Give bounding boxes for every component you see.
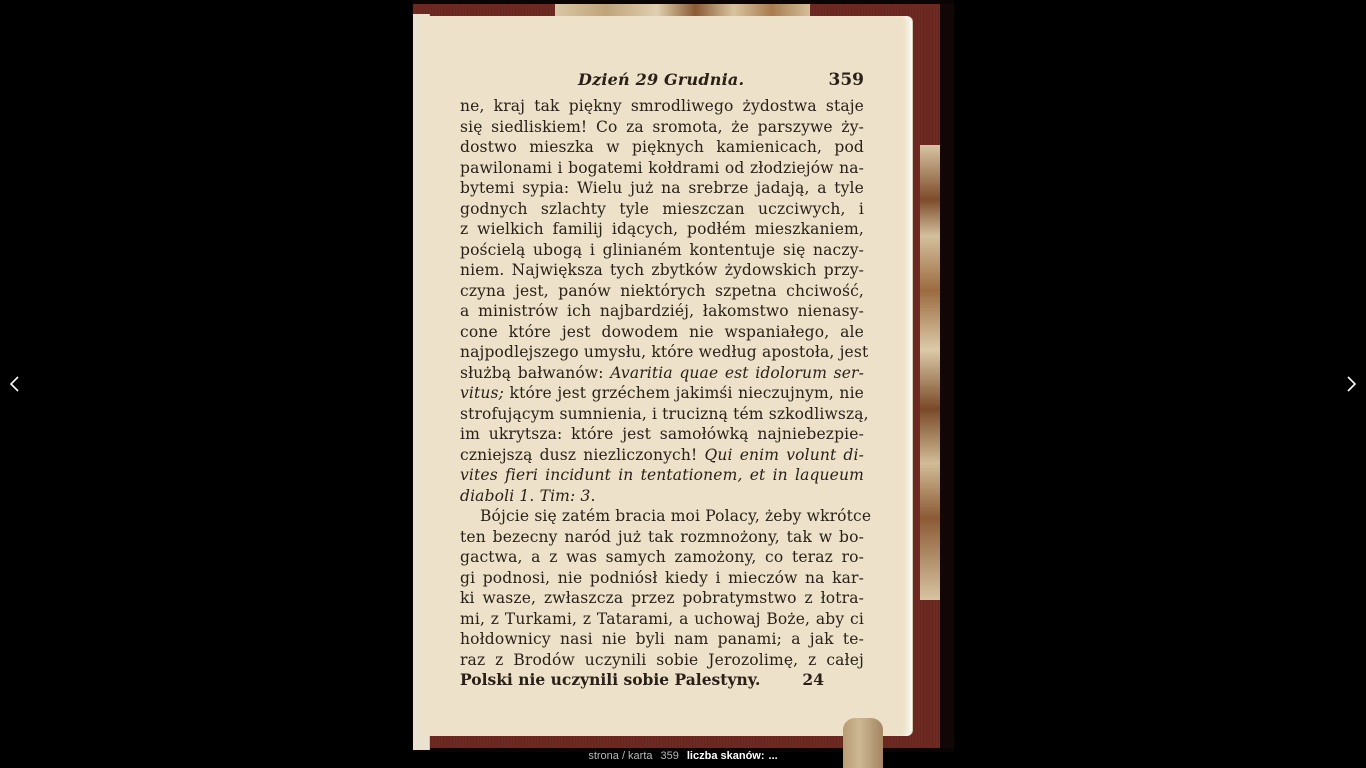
page-label: strona / karta [588, 750, 652, 762]
text-line: ten bezecny naród już tak rozmnożony, ta… [460, 527, 864, 548]
text-line: bytemi sypia: Wielu już na srebrze jadaj… [460, 178, 864, 199]
text-line: cone które jest dowodem nie wspaniałego,… [460, 322, 864, 343]
text-line: czniejszą dusz niezliczonych! Qui enim v… [460, 445, 864, 466]
text-line: Bójcie się zatém bracia moi Polacy, żeby… [460, 506, 864, 527]
text-line: niem. Największa tych zbytków żydowskich… [460, 260, 864, 281]
running-head: Dzień 29 Grudnia. 359 [460, 70, 864, 94]
text-line: hołdownicy nasi nie byli nam panami; a j… [460, 629, 864, 650]
text-line: pościelą ubogą i glinianém kontentuje si… [460, 240, 864, 261]
signature-mark: 24 [802, 670, 824, 691]
text-line: dostwo mieszka w pięknych kamienicach, p… [460, 137, 864, 158]
scan-viewer: Dzień 29 Grudnia. 359 ne, kraj tak piękn… [0, 0, 1366, 768]
cover-shadow [940, 4, 954, 748]
text-line: im ukrytsza: które jest samołówką najnie… [460, 424, 864, 445]
previous-page-button[interactable] [0, 368, 30, 400]
text-span: które jest grzéchem jakimśi nieczujnym, … [504, 384, 864, 402]
text-line: służbą bałwanów: Avaritia quae est idolo… [460, 363, 864, 384]
latin-quote: Avaritia quae est idolorum ser- [610, 364, 864, 382]
next-page-button[interactable] [1336, 368, 1366, 400]
text-line: ki wasze, zwłaszcza przez pobratymstwo z… [460, 588, 864, 609]
text-span: służbą bałwanów: [460, 364, 610, 382]
latin-quote: Qui enim volunt di- [705, 446, 865, 464]
page-number: 359 [829, 70, 865, 90]
text-line: z wielkich familij idących, podłém miesz… [460, 219, 864, 240]
text-line: raz z Brodów uczynili sobie Jerozolimę, … [460, 650, 864, 671]
running-head-title: Dzień 29 Grudnia. [578, 70, 744, 89]
text-line: gactwa, a z was samych zamożony, co tera… [460, 547, 864, 568]
text-line: pawilonami i bogatemi kołdrami od złodzi… [460, 158, 864, 179]
text-line: najpodlejszego umysłu, które według apos… [460, 342, 864, 363]
page-footer: Polski nie uczynili sobie Palestyny. 24 [460, 670, 864, 691]
marbled-endpaper-right [920, 145, 940, 600]
text-line: się siedliskiem! Co za sromota, że parsz… [460, 117, 864, 138]
status-bar: strona / karta 359 liczba skanów: ... [0, 746, 1366, 766]
text-span: czniejszą dusz niezliczonych! [460, 446, 705, 464]
latin-quote-line: diaboli 1. Tim: 3. [460, 486, 864, 507]
page-text: Dzień 29 Grudnia. 359 ne, kraj tak piękn… [460, 70, 864, 691]
text-line: ne, kraj tak piękny smrodliwego żydostwa… [460, 96, 864, 117]
text-line: gi podnosi, nie podniósł kiedy i mieczów… [460, 568, 864, 589]
chevron-left-icon [8, 375, 22, 393]
text-line: a ministrów ich najbardziéj, łakomstwo n… [460, 301, 864, 322]
text-line: mi, z Turkami, z Tatarami, a uchowaj Boż… [460, 609, 864, 630]
scan-count-label: liczba skanów: [687, 750, 765, 762]
current-page: 359 [661, 750, 679, 762]
text-line: vitus; które jest grzéchem jakimśi niecz… [460, 383, 864, 404]
latin-quote: vitus; [460, 384, 504, 402]
text-line: czyna jest, panów niektórych szpetna chc… [460, 281, 864, 302]
last-text-line: Polski nie uczynili sobie Palestyny. [460, 670, 760, 691]
text-line: godnych szlachty tyle mieszczan uczciwyc… [460, 199, 864, 220]
text-line: strofującym sumnienia, i trucizną tém sz… [460, 404, 864, 425]
scan-count-value: ... [769, 750, 778, 762]
chevron-right-icon [1344, 375, 1358, 393]
latin-quote-line: vites fieri incidunt in tentationem, et … [460, 465, 864, 486]
